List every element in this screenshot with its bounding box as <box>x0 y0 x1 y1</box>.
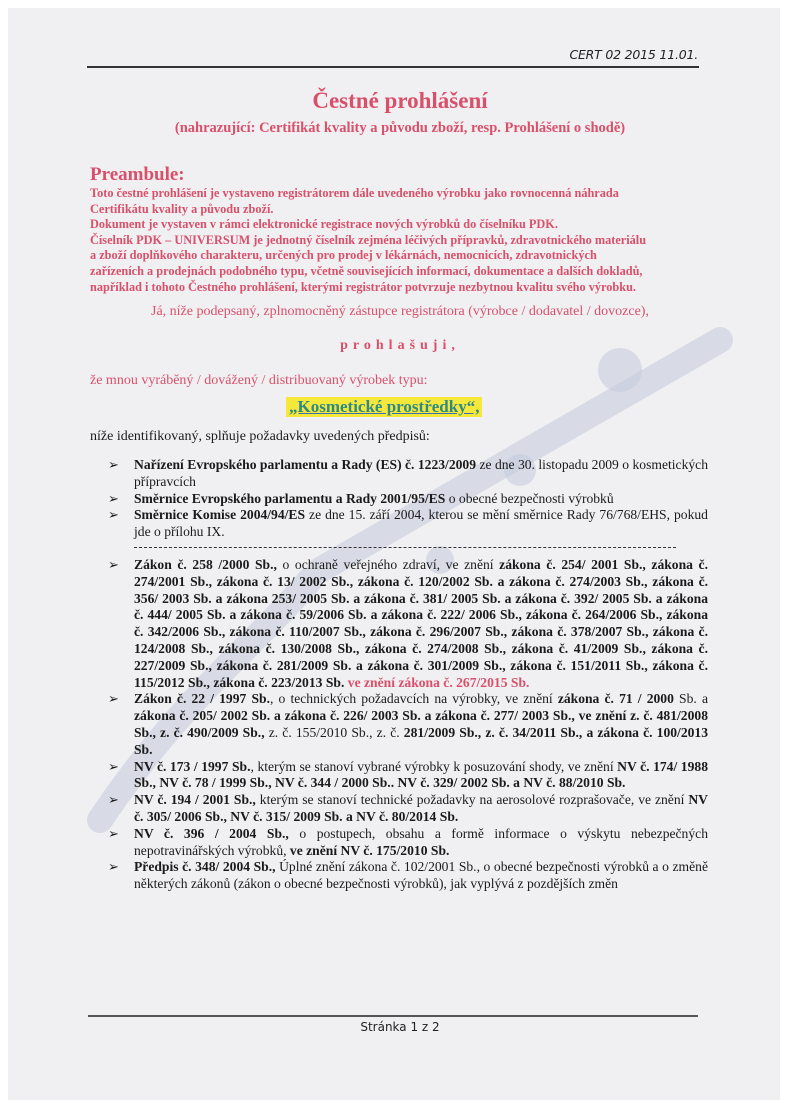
preamble-line: například i tohoto Čestného prohlášení, … <box>90 280 710 296</box>
regulation-item: ➢Směrnice Komise 2004/94/ES ze dne 15. z… <box>108 507 708 541</box>
regulation-item: ➢NV č. 194 / 2001 Sb., kterým se stanoví… <box>108 792 708 826</box>
regulation-reference: NV č. 173 / 1997 Sb. <box>134 759 250 774</box>
regulation-description: , kterým se stanoví vybrané výrobky k po… <box>250 759 617 774</box>
bullet-arrow-icon: ➢ <box>108 457 119 474</box>
cz-regulations-list: ➢Zákon č. 258 /2000 Sb., o ochraně veřej… <box>108 557 708 893</box>
regulation-reference: zákona č. 71 / 2000 <box>558 691 674 706</box>
preamble-line: a zboží doplňkového charakteru, určených… <box>90 248 710 264</box>
regulation-item: ➢Předpis č. 348/ 2004 Sb., Úplné znění z… <box>108 859 708 893</box>
regulation-item: ➢Nařízení Evropského parlamentu a Rady (… <box>108 457 708 491</box>
regulation-description: , o technických požadavcích na výrobky, … <box>270 691 558 706</box>
regulation-reference: ve znění NV č. 175/2010 Sb. <box>290 843 449 858</box>
regulation-reference: Předpis č. 348/ 2004 Sb., <box>134 859 276 874</box>
footer-divider <box>88 1015 698 1017</box>
preamble-heading: Preambule: <box>90 164 185 186</box>
page-number: Stránka 1 z 2 <box>0 1020 800 1034</box>
requirements-intro: níže identifikovaný, splňuje požadavky u… <box>90 429 430 445</box>
regulation-description: kterým se stanoví technické požadavky na… <box>256 792 689 807</box>
declaration-verb: prohlašuji, <box>0 338 800 354</box>
document-title: Čestné prohlášení <box>0 88 800 114</box>
regulation-description: o obecné bezpečnosti výrobků <box>445 491 613 506</box>
bullet-arrow-icon: ➢ <box>108 491 119 508</box>
preamble-line: Číselník PDK – UNIVERSUM je jednotný čís… <box>90 233 710 249</box>
document-code: CERT 02 2015 11.01. <box>569 47 698 62</box>
regulation-item: ➢Zákon č. 22 / 1997 Sb., o technických p… <box>108 691 708 758</box>
bullet-arrow-icon: ➢ <box>108 691 119 708</box>
bullet-arrow-icon: ➢ <box>108 507 119 524</box>
header-divider <box>87 66 699 68</box>
regulation-description: Sb. a <box>674 691 708 706</box>
preamble-line: Certifikátu kvality a původu zboží. <box>90 202 710 218</box>
regulation-reference: Nařízení Evropského parlamentu a Rady (E… <box>134 457 476 472</box>
regulation-item: ➢Směrnice Evropského parlamentu a Rady 2… <box>108 491 708 508</box>
amendment-note: ve znění zákona č. 267/2015 Sb. <box>344 675 529 690</box>
regulation-reference: zákona č. 254/ 2001 Sb., zákona č. 274/2… <box>134 557 708 690</box>
regulation-reference: Směrnice Evropského parlamentu a Rady 20… <box>134 491 445 506</box>
preamble-line: Dokument je vystaven v rámci elektronick… <box>90 217 710 233</box>
dashed-separator <box>134 547 676 548</box>
regulation-description: z. č. 155/2010 Sb., z. č. <box>265 725 404 740</box>
eu-regulations-list: ➢Nařízení Evropského parlamentu a Rady (… <box>108 457 708 541</box>
declaration-signatory: Já, níže podepsaný, zplnomocněný zástupc… <box>0 304 800 320</box>
preamble-line: zařízeních a prodejnách podobného typu, … <box>90 264 710 280</box>
regulation-reference: Směrnice Komise 2004/94/ES <box>134 507 305 522</box>
regulation-reference: Zákon č. 258 /2000 Sb., <box>134 557 277 572</box>
regulation-item: ➢NV č. 173 / 1997 Sb., kterým se stanoví… <box>108 759 708 793</box>
regulation-description: o ochraně veřejného zdraví, ve znění <box>277 557 499 572</box>
document-subtitle: (nahrazující: Certifikát kvality a původ… <box>0 120 800 137</box>
bullet-arrow-icon: ➢ <box>108 859 119 876</box>
preamble-body: Toto čestné prohlášení je vystaveno regi… <box>90 186 710 295</box>
regulation-reference: NV č. 194 / 2001 Sb., <box>134 792 256 807</box>
regulation-reference: NV č. 396 / 2004 Sb., <box>134 826 289 841</box>
bullet-arrow-icon: ➢ <box>108 826 119 843</box>
declaration-product-intro: že mnou vyráběný / dovážený / distribuov… <box>90 373 427 389</box>
regulation-item: ➢Zákon č. 258 /2000 Sb., o ochraně veřej… <box>108 557 708 691</box>
regulation-reference: Zákon č. 22 / 1997 Sb. <box>134 691 270 706</box>
bullet-arrow-icon: ➢ <box>108 557 119 574</box>
regulation-item: ➢NV č. 396 / 2004 Sb., o postupech, obsa… <box>108 826 708 860</box>
bullet-arrow-icon: ➢ <box>108 759 119 776</box>
bullet-arrow-icon: ➢ <box>108 792 119 809</box>
product-type-highlight: „Kosmetické prostředky“, <box>286 397 482 417</box>
preamble-line: Toto čestné prohlášení je vystaveno regi… <box>90 186 710 202</box>
